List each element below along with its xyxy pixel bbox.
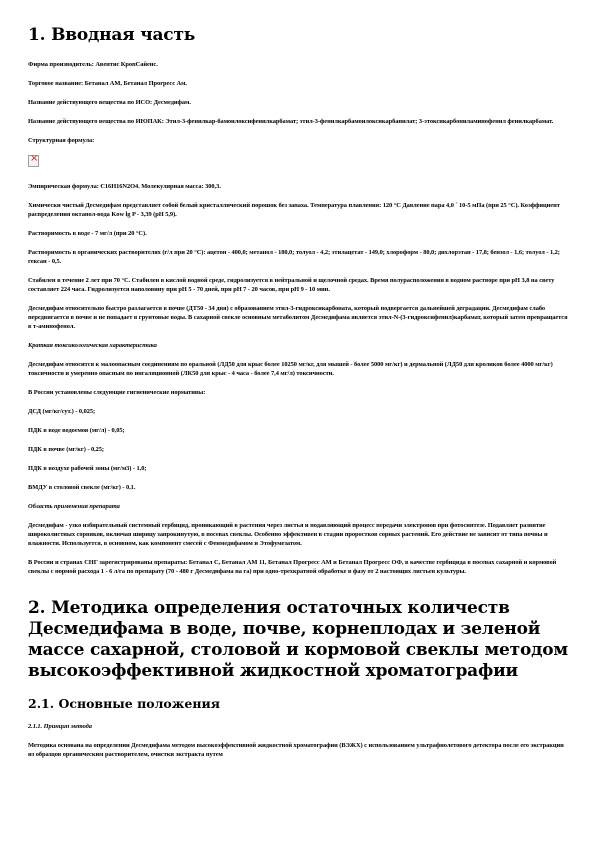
empirical-formula: Эмпирическая формула: C16H16N2O4. Молеку… [28,182,569,191]
stability: Стабилен в течение 2 лет при 70 °С. Стаб… [28,276,569,294]
section-2-title: 2. Методика определения остаточных колич… [28,598,569,682]
document-page: 1. Вводная часть Фирма производитель: Ав… [0,0,595,759]
manufacturer: Фирма производитель: Авентис КропСайенс. [28,60,569,69]
norm-beet: ВМДУ в столовой свекле (мг/кг) - 0,1. [28,483,569,492]
trade-name: Торговое название: Бетанал АМ, Бетанал П… [28,79,569,88]
iso-name: Название действующего вещества по ИСО: Д… [28,98,569,107]
soil-degradation: Десмедифам относительно быстро разлагает… [28,304,569,331]
method-principle: Методика основана на определении Десмеди… [28,741,569,759]
physical-properties: Химически чистый Десмедифам представляет… [28,201,569,219]
organic-solubility: Растворимость в органических растворител… [28,248,569,266]
norm-water: ПДК в воде водоемов (мг/л) - 0,05; [28,426,569,435]
norm-air: ПДК в воздухе рабочей зоны (мг/м3) - 1,0… [28,464,569,473]
usage-paragraph-2: В России и странах СНГ зарегистрированы … [28,558,569,576]
section-1-title: 1. Вводная часть [28,24,569,46]
broken-image-icon [28,155,39,167]
usage-heading: Область применения препарата [28,502,569,511]
water-solubility: Растворимость в воде - 7 мг/л (при 20 °С… [28,229,569,238]
norm-soil: ПДК в почве (мг/кг) - 0,25; [28,445,569,454]
structural-formula-label: Структурная формула: [28,136,569,145]
norm-adi: ДСД (мг/кг/сут.) - 0,025; [28,407,569,416]
norms-intro: В России установлены следующие гигиениче… [28,388,569,397]
tox-heading: Краткая токсикологическая характеристика [28,341,569,350]
subsection-2-1-1-title: 2.1.1. Принцип метода [28,722,569,731]
subsection-2-1-title: 2.1. Основные положения [28,696,569,712]
usage-paragraph-1: Десмедифам - узко избирательный системны… [28,521,569,548]
tox-paragraph: Десмедифам относится к малоопасным соеди… [28,360,569,378]
iupac-name: Название действующего вещества по ИЮПАК:… [28,117,569,126]
